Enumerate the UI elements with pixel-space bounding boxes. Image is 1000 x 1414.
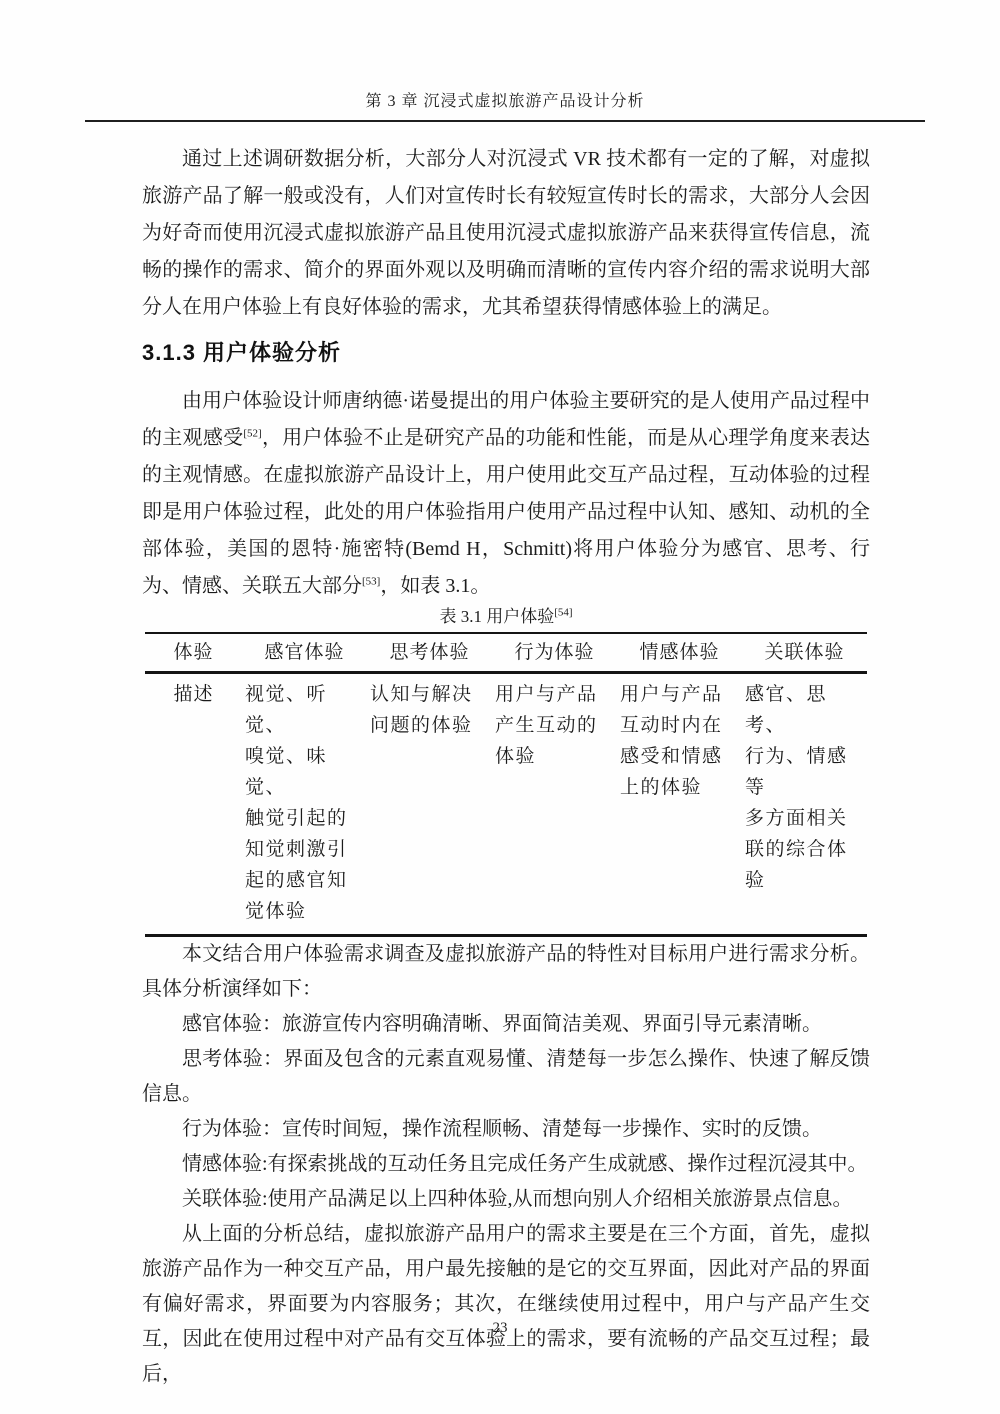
col-header-relation: 关联体验	[742, 633, 867, 673]
col-header-think: 思考体验	[367, 633, 492, 673]
cell-emotion-description: 用户与产品 互动时内在 感受和情感 上的体验	[617, 673, 742, 936]
table-caption-text: 表 3.1 用户体验	[439, 607, 554, 626]
page-body: 通过上述调研数据分析，大部分人对沉浸式 VR 技术都有一定的了解，对虚拟旅游产品…	[142, 141, 870, 1392]
citation-53: [53]	[362, 575, 380, 587]
cell-sensory-description: 视觉、听觉、 嗅觉、味觉、 触觉引起的 知觉刺激引 起的感官知 觉体验	[242, 673, 367, 936]
ux-definition-text-2: ，用户体验不止是研究产品的功能和性能，而是从心理学角度来表达的主观情感。在虚拟旅…	[142, 427, 870, 597]
line-relation-experience: 关联体验:使用产品满足以上四种体验,从而想向别人介绍相关旅游景点信息。	[142, 1182, 870, 1217]
line-emotion-experience: 情感体验:有探索挑战的互动任务且完成任务产生成就感、操作过程沉浸其中。	[142, 1147, 870, 1182]
line-sensory-experience: 感官体验：旅游宣传内容明确清晰、界面简洁美观、界面引导元素清晰。	[142, 1007, 870, 1042]
table-caption: 表 3.1 用户体验[54]	[142, 606, 870, 628]
cell-relation-description: 感官、思考、 行为、情感等 多方面相关 联的综合体 验	[742, 673, 867, 936]
user-experience-table: 体验 感官体验 思考体验 行为体验 情感体验 关联体验 描述 视觉、听觉、 嗅觉…	[145, 632, 867, 937]
section-heading-3-1-3: 3.1.3 用户体验分析	[142, 337, 870, 369]
paragraph-ux-definition: 由用户体验设计师唐纳德·诺曼提出的用户体验主要研究的是人使用产品过程中的主观感受…	[142, 383, 870, 605]
document-page: 第 3 章 沉浸式虚拟旅游产品设计分析 通过上述调研数据分析，大部分人对沉浸式 …	[0, 0, 1000, 1414]
table-header-row: 体验 感官体验 思考体验 行为体验 情感体验 关联体验	[145, 633, 867, 673]
table-row-description: 描述 视觉、听觉、 嗅觉、味觉、 触觉引起的 知觉刺激引 起的感官知 觉体验 认…	[145, 673, 867, 936]
paragraph-needs-conclusion: 从上面的分析总结，虚拟旅游产品用户的需求主要是在三个方面，首先，虚拟旅游产品作为…	[142, 1217, 870, 1392]
running-header: 第 3 章 沉浸式虚拟旅游产品设计分析	[85, 88, 925, 122]
citation-52: [52]	[243, 427, 261, 439]
cell-behavior-description: 用户与产品 产生互动的 体验	[492, 673, 617, 936]
col-header-experience: 体验	[145, 633, 242, 673]
ux-definition-text-3: ，如表 3.1。	[380, 575, 490, 597]
page-number: 23	[0, 1320, 1000, 1337]
line-think-experience: 思考体验：界面及包含的元素直观易懂、清楚每一步怎么操作、快速了解反馈信息。	[142, 1042, 870, 1112]
paragraph-survey-summary: 通过上述调研数据分析，大部分人对沉浸式 VR 技术都有一定的了解，对虚拟旅游产品…	[142, 141, 870, 326]
col-header-emotion: 情感体验	[617, 633, 742, 673]
paragraph-analysis-intro: 本文结合用户体验需求调查及虚拟旅游产品的特性对目标用户进行需求分析。具体分析演绎…	[142, 937, 870, 1007]
line-behavior-experience: 行为体验：宣传时间短，操作流程顺畅、清楚每一步操作、实时的反馈。	[142, 1112, 870, 1147]
col-header-behavior: 行为体验	[492, 633, 617, 673]
cell-think-description: 认知与解决 问题的体验	[367, 673, 492, 936]
col-header-sensory: 感官体验	[242, 633, 367, 673]
chapter-header-title: 第 3 章 沉浸式虚拟旅游产品设计分析	[365, 93, 644, 110]
row-label-description: 描述	[145, 673, 242, 936]
citation-54: [54]	[554, 606, 572, 618]
